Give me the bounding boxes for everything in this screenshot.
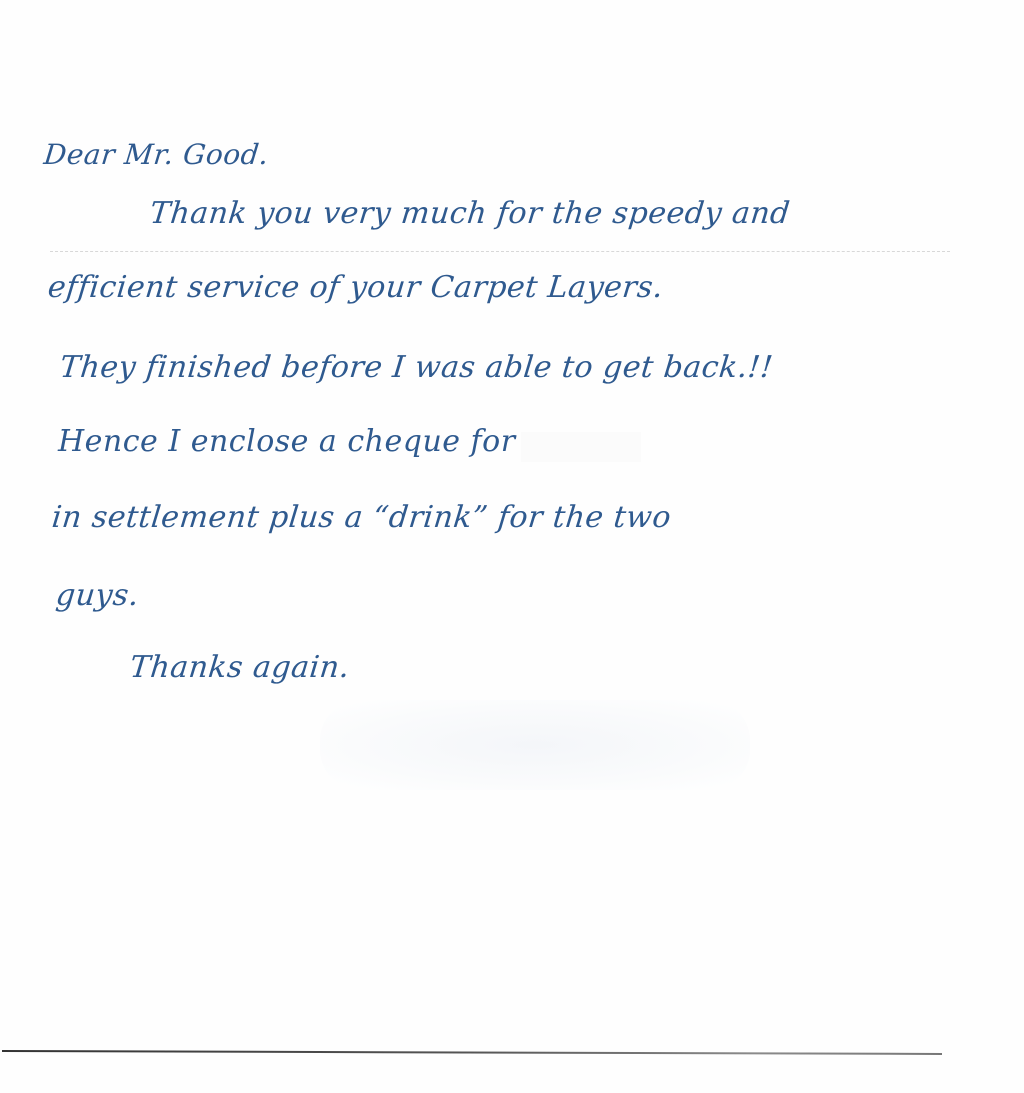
letter-line-5: in settlement plus a “drink” for the two <box>50 500 673 535</box>
letter-line-2: efficient service of your Carpet Layers. <box>46 270 665 305</box>
letter-line-4-container: Hence I enclose a cheque for <box>58 424 641 462</box>
closing-line: Thanks again. <box>128 650 351 685</box>
salutation: Dear Mr. Good. <box>42 138 270 171</box>
letter-line-6: guys. <box>54 578 141 613</box>
redacted-cheque-amount <box>521 432 641 462</box>
bottom-rule-line <box>2 1050 942 1055</box>
faint-guide-line <box>50 251 950 252</box>
letter-line-3: They finished before I was able to get b… <box>58 350 775 385</box>
letter-line-4: Hence I enclose a cheque for <box>58 424 516 459</box>
erased-signature-area <box>320 700 750 790</box>
letter-line-1: Thank you very much for the speedy and <box>148 196 792 231</box>
letter-page: Dear Mr. Good. Thank you very much for t… <box>0 0 1024 1093</box>
